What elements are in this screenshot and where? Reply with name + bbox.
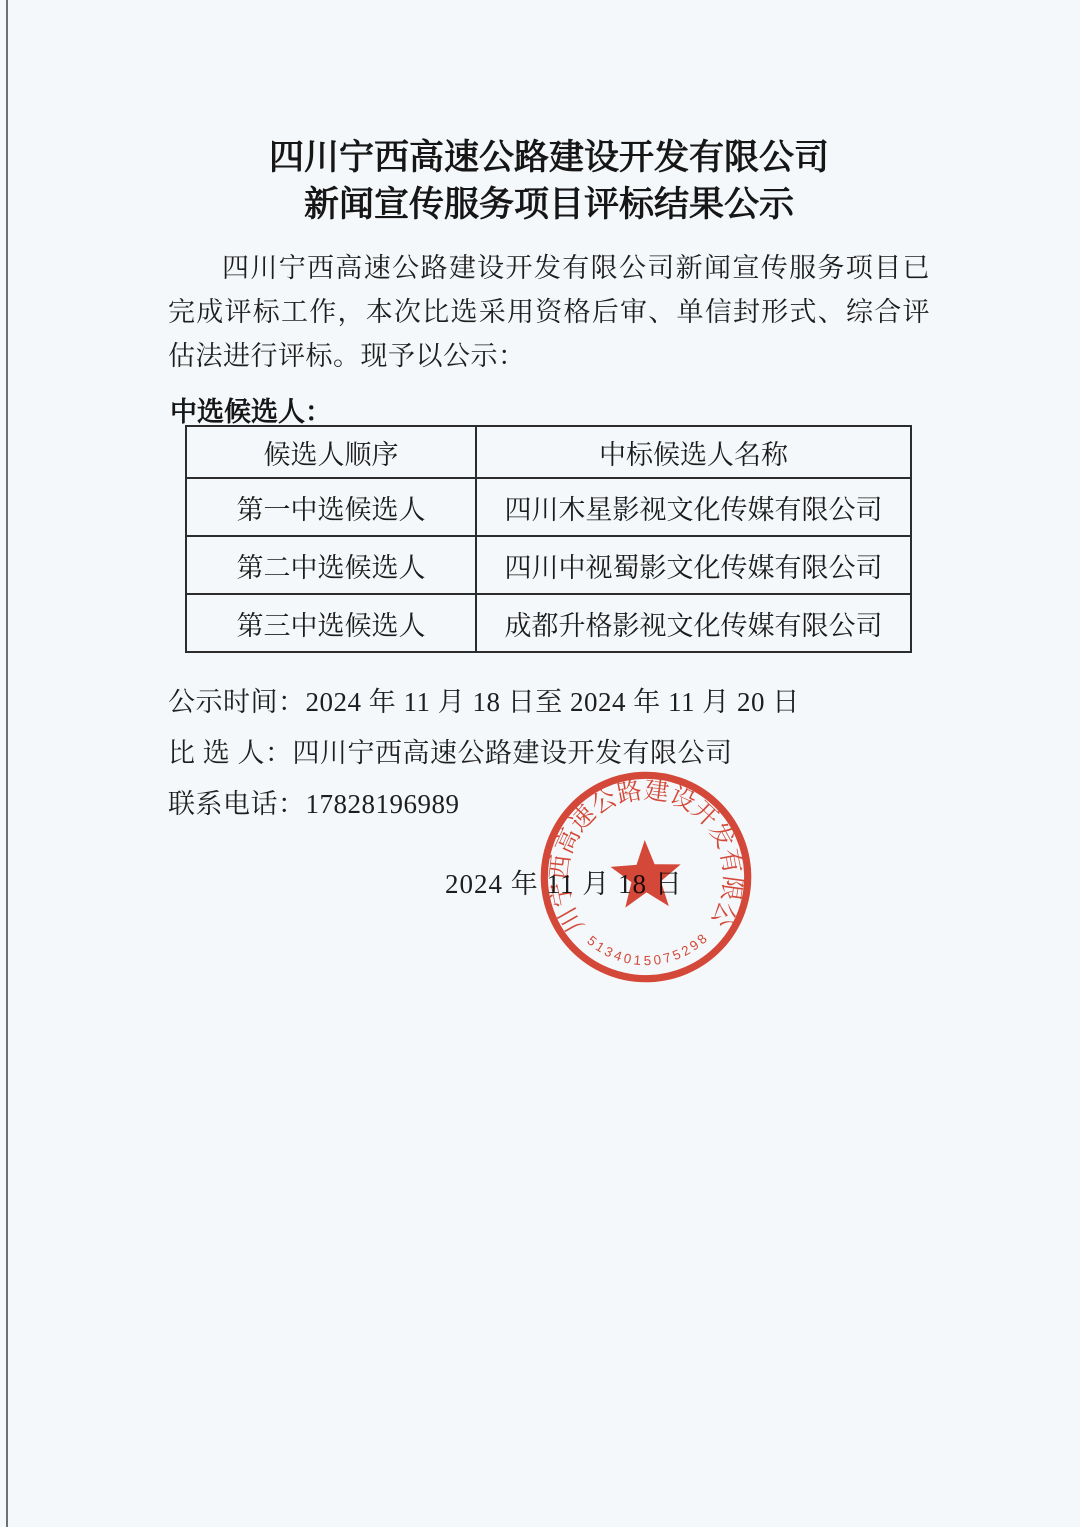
contact-phone-label: 联系电话： <box>168 789 306 819</box>
publicity-period-line: 公示时间：2024 年 11 月 18 日至 2024 年 11 月 20 日 <box>168 680 800 719</box>
candidates-table: 候选人顺序 中标候选人名称 第一中选候选人 四川木星影视文化传媒有限公司 第二中… <box>185 425 912 653</box>
title-line-2: 新闻宣传服务项目评标结果公示 <box>168 181 930 228</box>
document-content: 四川宁西高速公路建设开发有限公司 新闻宣传服务项目评标结果公示 四川宁西高速公路… <box>168 0 930 1527</box>
table-row: 第三中选候选人 成都升格影视文化传媒有限公司 <box>186 594 911 652</box>
publicity-period-label: 公示时间： <box>168 687 306 717</box>
seal-company-text: 四川宁西高速公路建设开发有限公司 <box>529 760 749 939</box>
seal-star-icon <box>610 839 683 908</box>
publicity-period-value: 2024 年 11 月 18 日至 2024 年 11 月 20 日 <box>306 687 800 717</box>
title-line-1: 四川宁西高速公路建设开发有限公司 <box>168 134 930 181</box>
candidate-name: 四川木星影视文化传媒有限公司 <box>476 478 911 536</box>
table-row: 第一中选候选人 四川木星影视文化传媒有限公司 <box>186 478 911 536</box>
document-page: 四川宁西高速公路建设开发有限公司 新闻宣传服务项目评标结果公示 四川宁西高速公路… <box>0 0 1080 1527</box>
table-row: 第二中选候选人 四川中视蜀影文化传媒有限公司 <box>186 536 911 594</box>
header-candidate-name: 中标候选人名称 <box>476 426 911 478</box>
scan-edge-artifact <box>6 0 8 1527</box>
selector-label: 比 选 人： <box>168 738 293 768</box>
header-candidate-order: 候选人顺序 <box>186 426 476 478</box>
candidates-label: 中选候选人： <box>170 390 332 429</box>
company-seal: 四川宁西高速公路建设开发有限公司 5134015075298 <box>529 760 763 994</box>
table-header-row: 候选人顺序 中标候选人名称 <box>186 426 911 478</box>
candidate-order: 第二中选候选人 <box>186 536 476 594</box>
contact-phone-value: 17828196989 <box>306 789 460 819</box>
candidate-name: 四川中视蜀影文化传媒有限公司 <box>476 536 911 594</box>
candidate-order: 第一中选候选人 <box>186 478 476 536</box>
document-title: 四川宁西高速公路建设开发有限公司 新闻宣传服务项目评标结果公示 <box>168 134 930 228</box>
candidate-name: 成都升格影视文化传媒有限公司 <box>476 594 911 652</box>
candidate-order: 第三中选候选人 <box>186 594 476 652</box>
contact-phone-line: 联系电话：17828196989 <box>168 782 460 821</box>
svg-text:四川宁西高速公路建设开发有限公司: 四川宁西高速公路建设开发有限公司 <box>529 760 749 939</box>
intro-paragraph: 四川宁西高速公路建设开发有限公司新闻宣传服务项目已完成评标工作，本次比选采用资格… <box>168 246 930 378</box>
